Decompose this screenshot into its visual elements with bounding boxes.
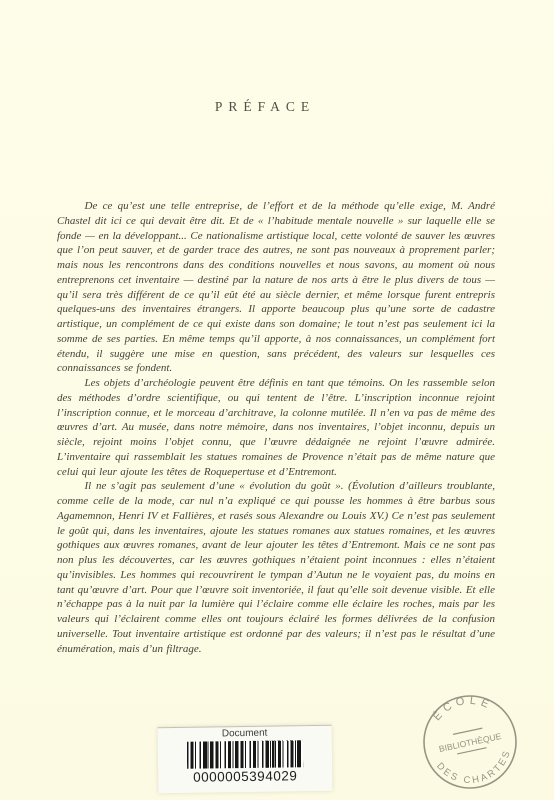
barcode-icon	[187, 740, 303, 769]
barcode-number: 0000005394029	[158, 767, 332, 786]
stamp-rule-top	[453, 728, 482, 734]
stamp-top-text: ÉCOLE	[428, 689, 497, 725]
preface-text: De ce qu’est une telle entreprise, de l’…	[57, 199, 495, 656]
barcode-sticker: Document 0000005394029	[158, 725, 333, 793]
svg-text:ÉCOLE: ÉCOLE	[428, 689, 497, 725]
book-page: PRÉFACE De ce qu’est une telle entrepris…	[0, 0, 554, 800]
paragraph-2: Les objets d’archéologie peuvent être dé…	[57, 376, 495, 479]
paragraph-1: De ce qu’est une telle entreprise, de l’…	[57, 199, 495, 376]
barcode-label: Document	[158, 726, 332, 741]
page-title: PRÉFACE	[0, 0, 554, 115]
stamp-middle-text: BIBLIOTHÈQUE	[438, 731, 502, 754]
paragraph-3: Il ne s’agit pas seulement d’une « évolu…	[57, 479, 495, 656]
library-stamp-icon: ÉCOLE DES CHARTES BIBLIOTHÈQUE	[405, 677, 535, 800]
